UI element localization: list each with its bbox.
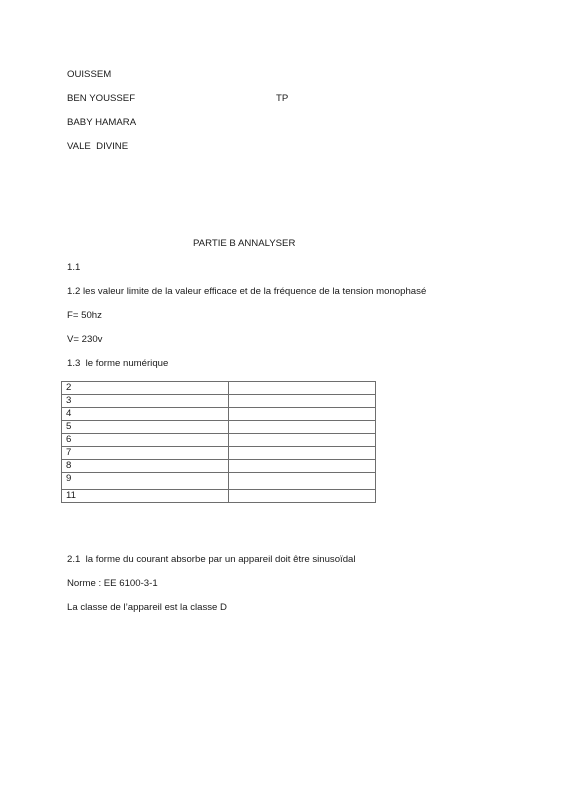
table-cell-index: 5 [62, 421, 229, 434]
table-row: 3 [62, 395, 376, 408]
classe-text: La classe de l’appareil est la classe D [67, 602, 227, 614]
document-tag: TP [276, 93, 288, 105]
table-cell-value [229, 490, 376, 503]
table-cell-index: 9 [62, 473, 229, 490]
table-row: 5 [62, 421, 376, 434]
table-cell-value [229, 395, 376, 408]
author-name-4: VALE DIVINE [67, 141, 128, 153]
table-cell-index: 4 [62, 408, 229, 421]
table-cell-index: 3 [62, 395, 229, 408]
frequency-value: F= 50hz [67, 310, 102, 322]
table-row: 9 [62, 473, 376, 490]
table-cell-value [229, 382, 376, 395]
question-1-3: 1.3 le forme numérique [67, 358, 168, 370]
table-cell-value [229, 408, 376, 421]
question-2-1: 2.1 la forme du courant absorbe par un a… [67, 554, 356, 566]
table-row: 6 [62, 434, 376, 447]
table-row: 11 [62, 490, 376, 503]
voltage-value: V= 230v [67, 334, 102, 346]
table-cell-value [229, 421, 376, 434]
table-cell-value [229, 473, 376, 490]
author-name-2: BEN YOUSSEF [67, 93, 135, 105]
table-cell-index: 11 [62, 490, 229, 503]
harmonics-table: 2345678911 [61, 381, 376, 503]
author-name-3: BABY HAMARA [67, 117, 136, 129]
table-row: 8 [62, 460, 376, 473]
table-cell-value [229, 434, 376, 447]
table-cell-value [229, 447, 376, 460]
table-row: 7 [62, 447, 376, 460]
table-cell-index: 8 [62, 460, 229, 473]
table-cell-index: 7 [62, 447, 229, 460]
table-cell-value [229, 460, 376, 473]
table-cell-index: 6 [62, 434, 229, 447]
question-1-2: 1.2 les valeur limite de la valeur effic… [67, 286, 426, 298]
norme-text: Norme : EE 6100-3-1 [67, 578, 158, 590]
question-1-1: 1.1 [67, 262, 80, 274]
table-row: 4 [62, 408, 376, 421]
table-cell-index: 2 [62, 382, 229, 395]
section-title: PARTIE B ANNALYSER [193, 238, 295, 250]
table-row: 2 [62, 382, 376, 395]
author-name-1: OUISSEM [67, 69, 111, 81]
